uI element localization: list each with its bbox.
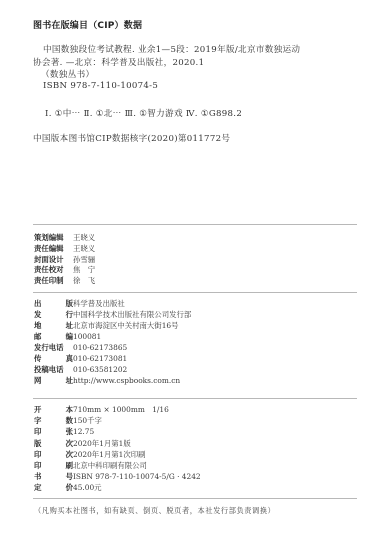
spec-label-char: 张 [66,427,73,436]
publisher-label: 投稿电话 [34,365,73,374]
spec-label: 印刷 [34,461,73,470]
spec-label: 版次 [34,439,73,448]
spec-row: 印张12.75 [34,427,94,436]
spec-label-char: 印 [34,427,41,436]
spec-value: ISBN 978-7-110-10074-5/G · 4242 [73,472,201,481]
spec-row: 定价45.00元 [34,483,102,492]
publisher-value: 100081 [73,332,101,341]
staff-value: 王晓义 [73,233,95,242]
spec-label-char: 次 [66,450,73,459]
cip-classification: Ⅰ. ①中⋯ Ⅱ. ①北⋯ Ⅲ. ①智力游戏 Ⅳ. ①G898.2 [45,107,242,119]
publisher-label-char: 编 [66,332,73,341]
staff-value: 孙雪骊 [73,255,95,264]
divider [33,398,357,399]
spec-label-char: 字 [34,416,41,425]
spec-label: 字数 [34,416,73,425]
spec-row: 印刷北京中科印刷有限公司 [34,461,147,470]
spec-row: 书号ISBN 978-7-110-10074-5/G · 4242 [34,472,201,481]
publisher-label-char: 址 [66,376,73,385]
divider [33,498,357,499]
divider [33,224,357,225]
staff-label: 责任校对 [34,265,73,274]
publisher-label: 网址 [34,376,73,385]
publisher-value: 北京市海淀区中关村南大街16号 [73,321,178,330]
publisher-label: 传真 [34,354,73,363]
publisher-label: 发行电话 [34,343,73,352]
publisher-label-char: 传 [34,354,41,363]
staff-row: 责任校对焦 宁 [34,265,95,274]
spec-value: 12.75 [73,427,94,436]
spec-row: 版次2020年1月第1版 [34,439,131,448]
spec-label-char: 版 [34,439,41,448]
publisher-row: 出版科学普及出版社 [34,299,125,308]
publisher-label: 邮编 [34,332,73,341]
staff-row: 封面设计孙雪骊 [34,255,95,264]
publisher-row: 发行中国科学技术出版社有限公司发行部 [34,310,191,319]
cip-isbn: ISBN 978-7-110-10074-5 [43,81,158,91]
publisher-label-char: 出 [34,299,41,308]
spec-label-char: 印 [34,450,41,459]
spec-label-char: 定 [34,483,41,492]
publisher-row: 邮编100081 [34,332,101,341]
spec-value: 150千字 [73,416,102,425]
spec-label-char: 印 [34,461,41,470]
staff-value: 徐 飞 [73,276,95,285]
spec-label-char: 价 [66,483,73,492]
staff-label: 责任编辑 [34,244,73,253]
spec-row: 印次2020年1月第1次印刷 [34,450,146,459]
publisher-label-char: 真 [66,354,73,363]
publisher-row: 传真010-62173081 [34,354,127,363]
publisher-value: 010-62173081 [73,354,127,363]
publisher-row: 地址北京市海淀区中关村南大街16号 [34,321,178,330]
cip-record-number: 中国版本图书馆CIP数据核字(2020)第011772号 [33,132,230,144]
spec-label-char: 刷 [66,461,73,470]
publisher-label-char: 网 [34,376,41,385]
staff-value: 焦 宁 [73,265,95,274]
spec-label-char: 次 [66,439,73,448]
spec-row: 开本710mm × 1000mm 1/16 [34,405,169,414]
staff-row: 策划编辑王晓义 [34,233,95,242]
publisher-label-char: 投稿电话 [34,365,64,374]
publisher-label-char: 址 [66,321,73,330]
cip-heading: 图书在版编目（CIP）数据 [33,18,142,31]
cip-line-3: （数独丛书） [41,68,94,80]
spec-row: 字数150千字 [34,416,102,425]
spec-label-char: 开 [34,405,41,414]
publisher-row: 网址http://www.cspbooks.com.cn [34,376,180,385]
spec-label-char: 号 [66,472,73,481]
spec-label: 开本 [34,405,73,414]
publisher-label-char: 行 [66,310,73,319]
spec-label: 印张 [34,427,73,436]
spec-label-char: 书 [34,472,41,481]
staff-value: 王晓义 [73,244,95,253]
publisher-label-char: 版 [66,299,73,308]
spec-value: 710mm × 1000mm 1/16 [73,405,169,414]
publisher-label-char: 发 [34,310,41,319]
staff-row: 责任印制徐 飞 [34,276,95,285]
spec-label: 定价 [34,483,73,492]
publisher-row: 发行电话010-62173865 [34,343,127,352]
return-notice: （凡购买本社图书，如有缺页、倒页、脱页者，本社发行部负责调换） [34,506,275,516]
spec-value: 2020年1月第1次印刷 [73,450,146,459]
publisher-value: 010-63581202 [73,365,127,374]
publisher-label-char: 地 [34,321,41,330]
cip-line-1: 中国数独段位考试教程. 业余1—5段：2019年版/北京市数独运动 [43,43,300,55]
cip-line-2: 协会著. —北京：科学普及出版社，2020.1 [33,56,204,68]
divider [33,292,357,293]
publisher-label: 发行 [34,310,73,319]
publisher-label: 出版 [34,299,73,308]
spec-label-char: 数 [66,416,73,425]
publisher-value: http://www.cspbooks.com.cn [73,376,180,385]
spec-value: 2020年1月第1版 [73,439,131,448]
spec-label: 书号 [34,472,73,481]
publisher-label-char: 发行电话 [34,343,64,352]
staff-label: 策划编辑 [34,233,73,242]
publisher-value: 中国科学技术出版社有限公司发行部 [73,310,191,319]
spec-value: 45.00元 [73,483,102,492]
spec-value: 北京中科印刷有限公司 [73,461,147,470]
spec-label: 印次 [34,450,73,459]
publisher-value: 010-62173865 [73,343,127,352]
staff-label: 封面设计 [34,255,73,264]
publisher-label-char: 邮 [34,332,41,341]
staff-label: 责任印制 [34,276,73,285]
spec-label-char: 本 [66,405,73,414]
staff-row: 责任编辑王晓义 [34,244,95,253]
publisher-label: 地址 [34,321,73,330]
publisher-value: 科学普及出版社 [73,299,125,308]
publisher-row: 投稿电话010-63581202 [34,365,127,374]
